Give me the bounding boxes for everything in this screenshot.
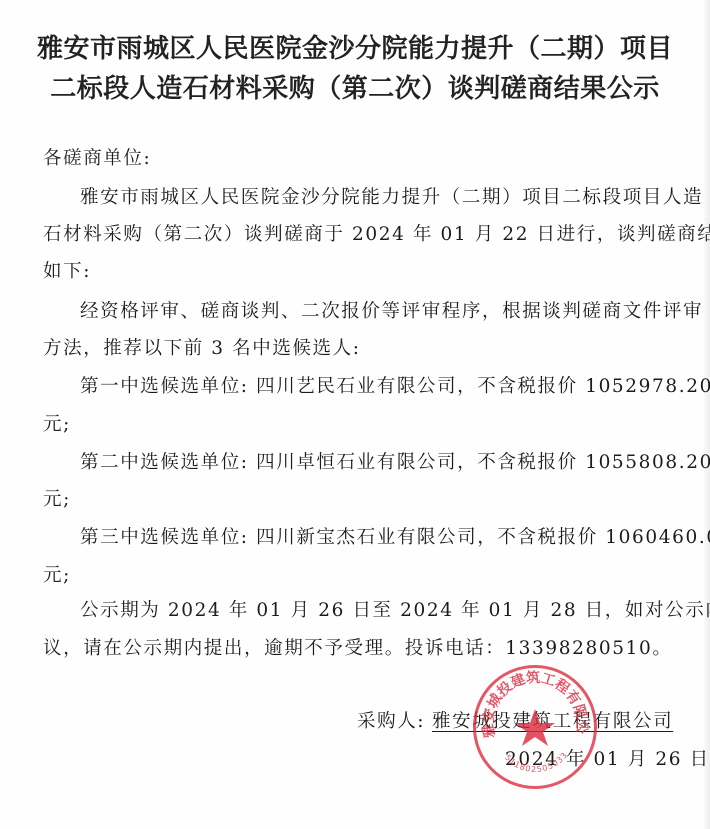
salutation: 各磋商单位:: [43, 144, 668, 170]
notice-line-1: 公示期为 2024 年 01 月 26 日至 2024 年 01 月 28 日，…: [80, 596, 668, 622]
candidate-3-line: 第三中选候选单位: 四川新宝杰石业有限公司，不含税报价 1060460.00: [80, 523, 668, 549]
purchaser-name: 雅安城投建筑工程有限公司: [432, 707, 673, 733]
signature-date: 2024 年 01 月 26 日: [505, 745, 710, 771]
purchaser-label: 采购人:: [357, 707, 425, 733]
candidate-1-line: 第一中选候选单位: 四川艺民石业有限公司，不含税报价 1052978.20: [80, 372, 668, 398]
candidate-2-line: 第二中选候选单位: 四川卓恒石业有限公司，不含税报价 1055808.20: [80, 448, 668, 474]
intro-line-2: 石材料采购（第二次）谈判磋商于 2024 年 01 月 22 日进行，谈判磋商结…: [43, 220, 668, 246]
page-edge: [704, 0, 710, 829]
candidate-3-unit: 元;: [43, 561, 668, 587]
notice-line-2: 议，请在公示期内提出，逾期不予受理。投诉电话：13398280510。: [43, 634, 668, 660]
document-page: 雅安市雨城区人民医院金沙分院能力提升（二期）项目 二标段人造石材料采购（第二次）…: [0, 0, 710, 829]
method-line-1: 经资格评审、磋商谈判、二次报价等评审程序，根据谈判磋商文件评审: [80, 297, 668, 323]
intro-line-1: 雅安市雨城区人民医院金沙分院能力提升（二期）项目二标段项目人造: [80, 183, 668, 209]
intro-line-3: 如下:: [43, 257, 668, 283]
method-line-2: 方法，推荐以下前 3 名中选候选人:: [43, 334, 668, 360]
candidate-2-unit: 元;: [43, 485, 668, 511]
candidate-1-unit: 元;: [43, 410, 668, 436]
document-title-line-1: 雅安市雨城区人民医院金沙分院能力提升（二期）项目: [0, 28, 710, 65]
document-title-line-2: 二标段人造石材料采购（第二次）谈判磋商结果公示: [0, 68, 710, 105]
